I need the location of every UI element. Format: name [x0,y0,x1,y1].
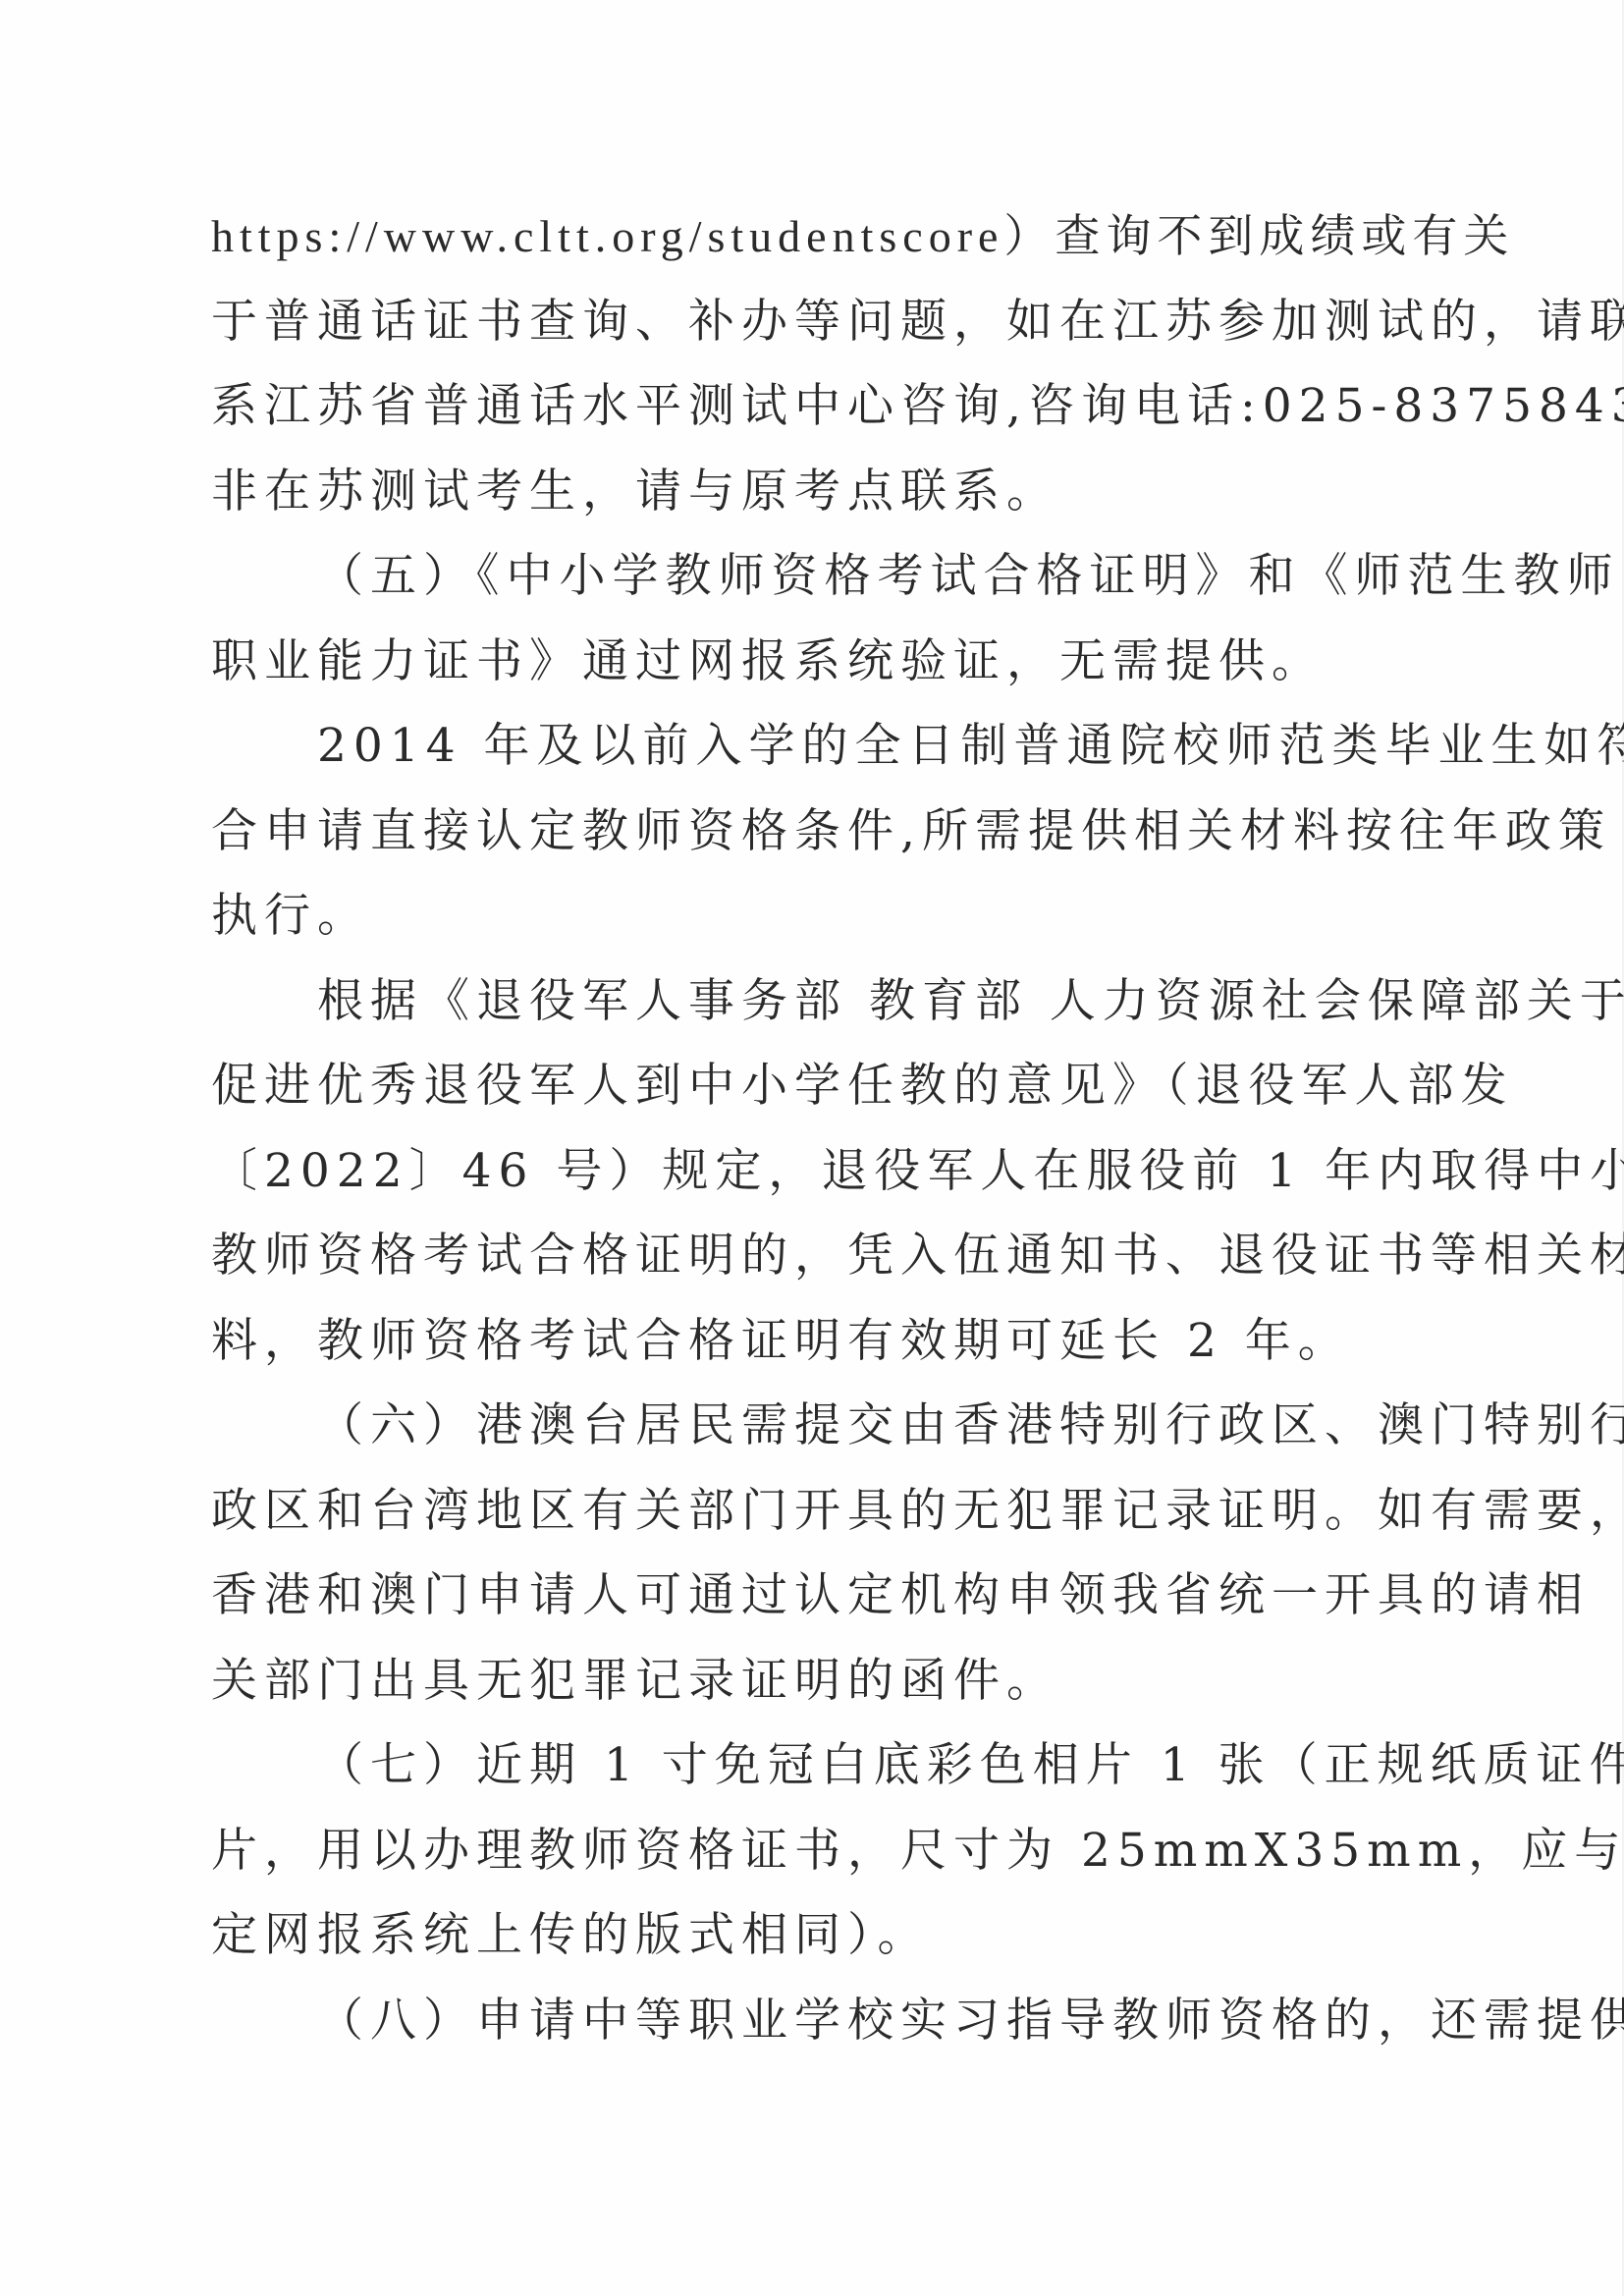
text-line: https://www.cltt.org/studentscore）查询不到成绩… [211,194,1370,280]
text-line: 教师资格考试合格证明的，凭入伍通知书、退役证书等相关材 [211,1214,1370,1299]
text-line: 关部门出具无犯罪记录证明的函件。 [211,1639,1370,1724]
paragraph-item-5-line: （五）《中小学教师资格考试合格证明》和《师范生教师 [211,534,1370,620]
text-line: 片，用以办理教师资格证书，尺寸为 25mmX35mm，应与本次认 [211,1809,1370,1894]
paragraph-item-7-line: （七）近期 1 寸免冠白底彩色相片 1 张（正规纸质证件相 [211,1723,1370,1809]
text-line: 香港和澳门申请人可通过认定机构申领我省统一开具的请相 [211,1554,1370,1639]
paragraph-item-8-line: （八）申请中等职业学校实习指导教师资格的，还需提供 [211,1979,1370,2064]
document-body: https://www.cltt.org/studentscore）查询不到成绩… [211,194,1370,2063]
document-page: https://www.cltt.org/studentscore）查询不到成绩… [0,0,1624,2296]
text-line: 促进优秀退役军人到中小学任教的意见》（退役军人部发 [211,1044,1370,1129]
text-line: 定网报系统上传的版式相同）。 [211,1893,1370,1979]
paragraph-veterans-line: 根据《退役军人事务部 教育部 人力资源社会保障部关于 [211,959,1370,1045]
text-line: 执行。 [211,874,1370,959]
text-line: 于普通话证书查询、补办等问题，如在江苏参加测试的，请联 [211,280,1370,365]
paragraph-2014-line: 2014 年及以前入学的全日制普通院校师范类毕业生如符 [211,704,1370,790]
text-line: 合申请直接认定教师资格条件,所需提供相关材料按往年政策 [211,790,1370,875]
text-line: 系江苏省普通话水平测试中心咨询,咨询电话:025-83758430。 [211,364,1370,450]
text-line: 非在苏测试考生，请与原考点联系。 [211,450,1370,535]
text-line: 政区和台湾地区有关部门开具的无犯罪记录证明。如有需要， [211,1469,1370,1555]
text-line: 〔2022〕46 号）规定，退役军人在服役前 1 年内取得中小学 [211,1129,1370,1215]
text-line: 职业能力证书》通过网报系统验证，无需提供。 [211,620,1370,705]
paragraph-item-6-line: （六）港澳台居民需提交由香港特别行政区、澳门特别行 [211,1384,1370,1469]
text-line: 料，教师资格考试合格证明有效期可延长 2 年。 [211,1299,1370,1385]
